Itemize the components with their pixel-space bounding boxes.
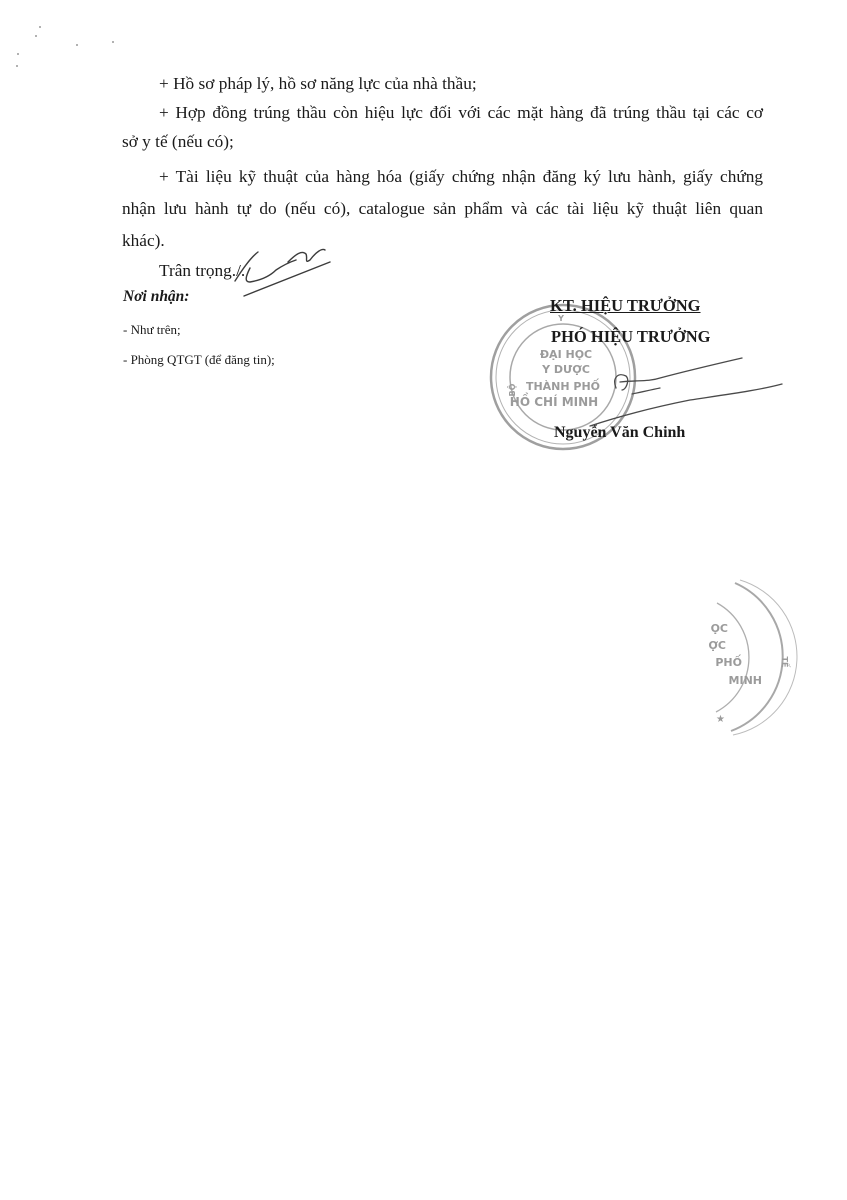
signer-name: Nguyễn Văn Chinh bbox=[554, 424, 685, 442]
list-item-technical-docs-line3: khác). bbox=[122, 232, 165, 249]
list-item-technical-docs-line2: nhận lưu hành tự do (nếu có), catalogue … bbox=[122, 200, 763, 217]
document-page: + Hồ sơ pháp lý, hồ sơ năng lực của nhà … bbox=[0, 0, 847, 1200]
svg-text:THÀNH PHỐ: THÀNH PHỐ bbox=[526, 378, 600, 393]
closing-text: Trân trọng./. bbox=[159, 262, 245, 279]
recipients-title: Nơi nhận: bbox=[123, 288, 189, 306]
svg-text:TẾ: TẾ bbox=[780, 657, 792, 668]
list-item-contracts-line2: sở y tế (nếu có); bbox=[122, 133, 234, 150]
svg-text:ỢC: ỢC bbox=[708, 639, 726, 652]
svg-text:ỌC: ỌC bbox=[711, 622, 728, 635]
svg-text:BỘ: BỘ bbox=[507, 383, 517, 396]
signature-title-line1: KT. HIỆU TRƯỞNG bbox=[550, 296, 701, 316]
list-item-legal-docs: + Hồ sơ pháp lý, hồ sơ năng lực của nhà … bbox=[159, 75, 477, 92]
svg-text:★: ★ bbox=[716, 714, 725, 725]
signature-title-line2: PHÓ HIỆU TRƯỞNG bbox=[551, 327, 711, 347]
svg-text:PHỐ: PHỐ bbox=[715, 654, 742, 669]
scan-speck bbox=[39, 26, 41, 28]
scan-speck bbox=[16, 65, 18, 67]
svg-text:MINH: MINH bbox=[729, 674, 762, 687]
recipient-item: - Như trên; bbox=[123, 322, 181, 338]
scan-speck bbox=[17, 53, 19, 55]
svg-text:HỒ CHÍ MINH: HỒ CHÍ MINH bbox=[510, 392, 598, 409]
svg-text:Y DƯỢC: Y DƯỢC bbox=[541, 363, 590, 376]
scan-speck bbox=[112, 41, 114, 43]
scan-speck bbox=[35, 35, 37, 37]
recipient-item: - Phòng QTGT (để đăng tin); bbox=[123, 352, 275, 368]
list-item-technical-docs-line1: + Tài liệu kỹ thuật của hàng hóa (giấy c… bbox=[159, 168, 763, 185]
svg-text:ĐẠI HỌC: ĐẠI HỌC bbox=[540, 348, 592, 361]
scan-speck bbox=[76, 44, 78, 46]
list-item-contracts-line1: + Hợp đồng trúng thầu còn hiệu lực đối v… bbox=[159, 104, 763, 121]
